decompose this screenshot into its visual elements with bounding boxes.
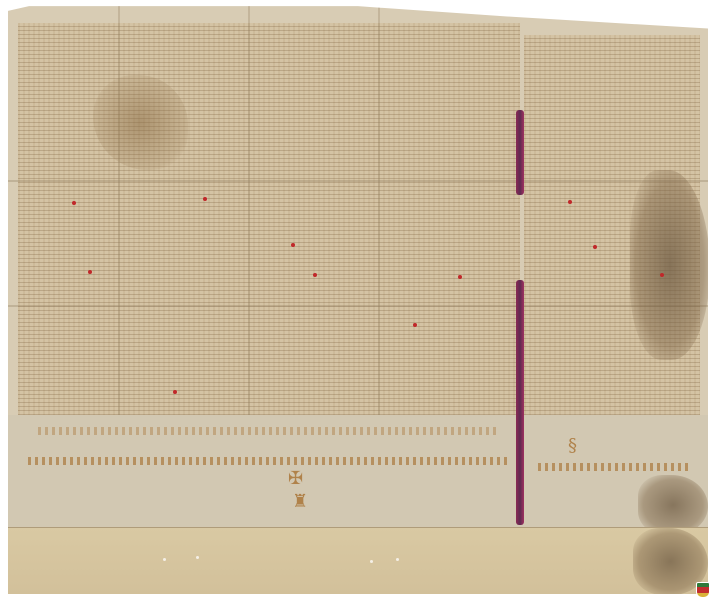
signature-line [38,427,498,435]
horizontal-fold [8,305,708,307]
cord-hole [196,556,199,559]
cord-hole [396,558,399,561]
red-initial [72,201,76,205]
seal-cord-lower [516,280,524,525]
bottom-fold-plica [8,527,708,594]
red-initial [313,273,317,277]
water-stain-right [630,170,708,360]
red-initial [413,323,417,327]
monogram-icon: ✠ [288,470,303,488]
signature-line [28,457,508,465]
red-initial [203,197,207,201]
red-initial [568,200,572,204]
cord-hole [163,558,166,561]
red-initial [291,243,295,247]
main-text-block [18,23,520,415]
signature-section: ✠ ♜ § [8,415,708,527]
red-initial [660,273,664,277]
seal-cord-upper [516,110,524,195]
coat-of-arms-icon [696,582,710,598]
water-stain [638,475,708,535]
signature-flourish-icon: § [568,437,577,455]
red-initial [173,390,177,394]
horizontal-fold [8,180,708,182]
monogram-icon: ♜ [292,493,308,511]
cord-hole [370,560,373,563]
parchment-charter: ✠ ♜ § [8,5,708,594]
red-initial [88,270,92,274]
red-initial [593,245,597,249]
signature-line [538,463,688,471]
red-initial [458,275,462,279]
